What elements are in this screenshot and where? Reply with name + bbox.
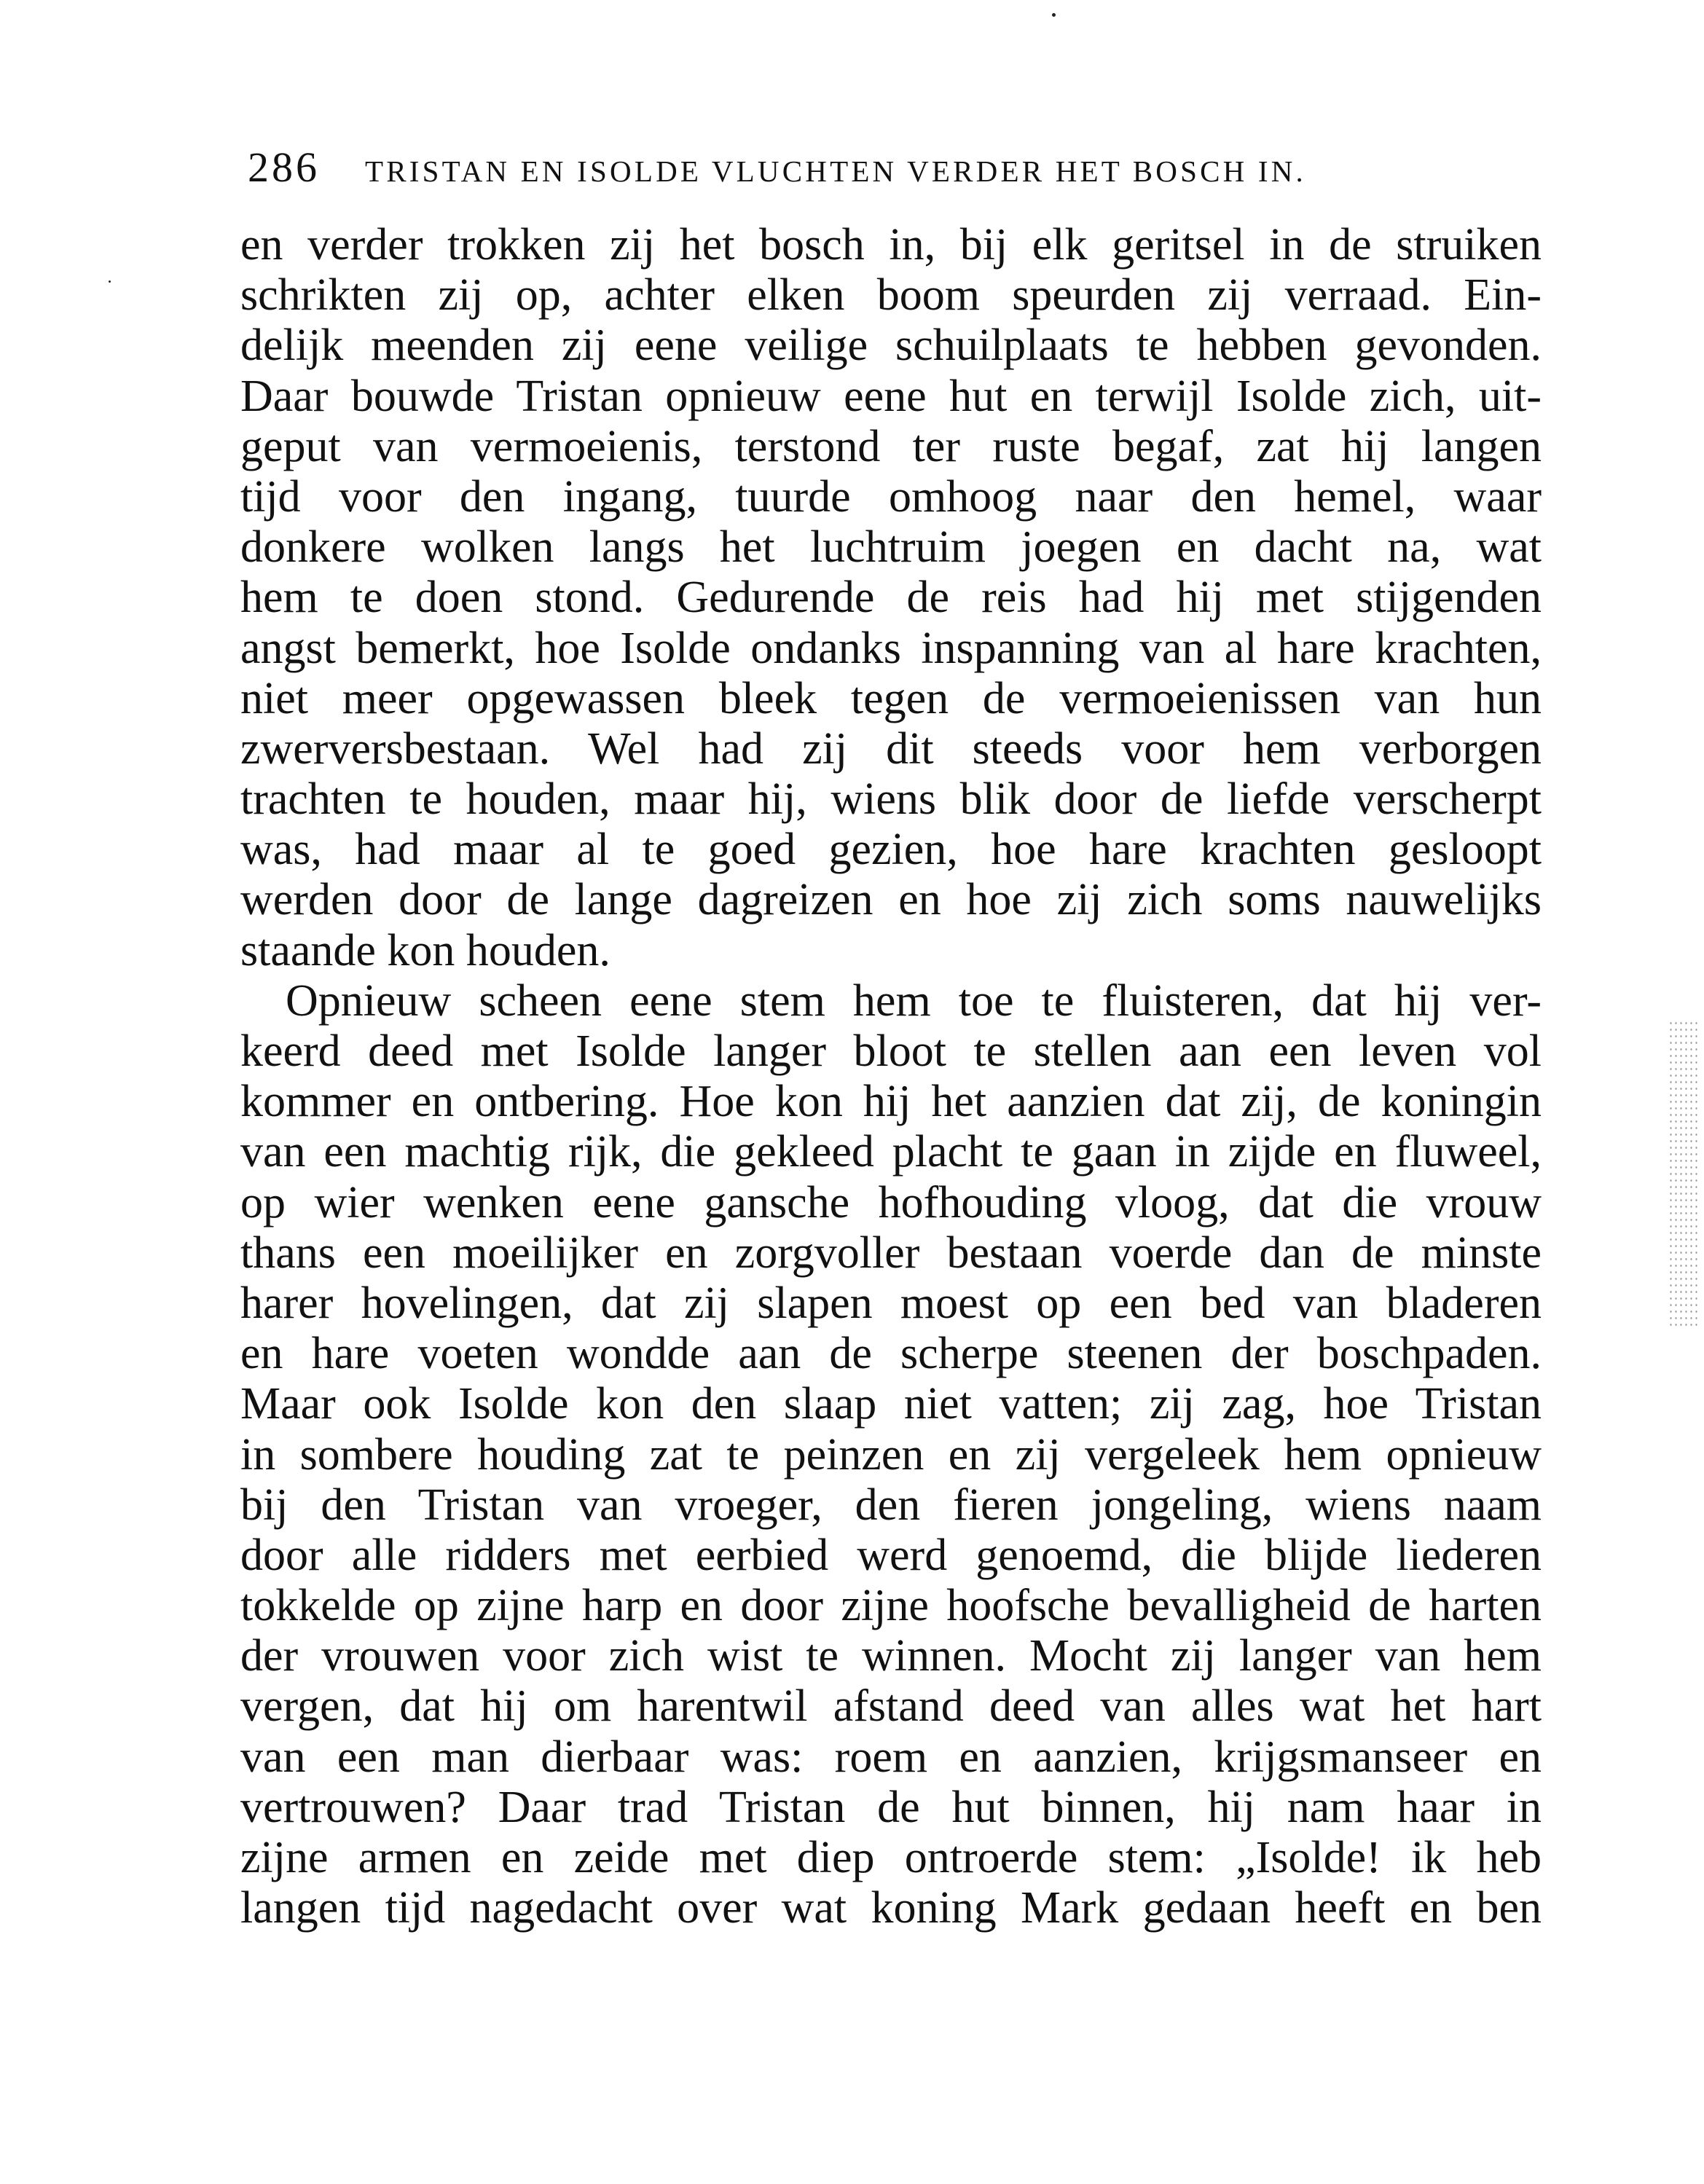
text-line: thans een moeilijker en zorgvoller besta… — [240, 1228, 1542, 1278]
text-line: van een machtig rijk, die gekleed placht… — [240, 1127, 1542, 1177]
text-line: vergen, dat hij om harentwil afstand dee… — [240, 1681, 1542, 1732]
body-text: en verder trokken zij het bosch in, bij … — [240, 220, 1542, 1933]
text-line: geput van vermoeienis, terstond ter rust… — [240, 422, 1542, 472]
chapter-running-title: TRISTAN EN ISOLDE VLUCHTEN VERDER HET BO… — [365, 154, 1306, 188]
text-line: hem te doen stond. Gedurende de reis had… — [240, 573, 1542, 623]
scan-speck — [1052, 13, 1056, 17]
text-line: langen tijd nagedacht over wat koning Ma… — [240, 1883, 1542, 1933]
book-page: 286TRISTAN EN ISOLDE VLUCHTEN VERDER HET… — [0, 0, 1704, 2184]
text-line: en hare voeten wondde aan de scherpe ste… — [240, 1329, 1542, 1379]
text-line: Daar bouwde Tristan opnieuw eene hut en … — [240, 372, 1542, 422]
text-line: keerd deed met Isolde langer bloot te st… — [240, 1026, 1542, 1077]
text-line: was, had maar al te goed gezien, hoe har… — [240, 825, 1542, 875]
text-line: der vrouwen voor zich wist te winnen. Mo… — [240, 1631, 1542, 1681]
text-line: zijne armen en zeide met diep ontroerde … — [240, 1833, 1542, 1883]
text-line: op wier wenken eene gansche hofhouding v… — [240, 1178, 1542, 1228]
text-line: door alle ridders met eerbied werd genoe… — [240, 1531, 1542, 1581]
text-line: niet meer opgewassen bleek tegen de verm… — [240, 674, 1542, 724]
page-number: 286 — [248, 144, 320, 191]
text-line: zwerversbestaan. Wel had zij dit steeds … — [240, 724, 1542, 774]
text-line: tokkelde op zijne harp en door zijne hoo… — [240, 1581, 1542, 1631]
text-line: harer hovelingen, dat zij slapen moest o… — [240, 1278, 1542, 1329]
text-line: van een man dierbaar was: roem en aanzie… — [240, 1732, 1542, 1783]
text-line: angst bemerkt, hoe Isolde ondanks inspan… — [240, 624, 1542, 674]
scan-edge-noise — [1668, 1020, 1697, 1326]
text-line: bij den Tristan van vroeger, den fieren … — [240, 1480, 1542, 1531]
text-line: Maar ook Isolde kon den slaap niet vatte… — [240, 1379, 1542, 1429]
text-line-paragraph-start: Opnieuw scheen eene stem hem toe te flui… — [240, 976, 1542, 1026]
text-line: tijd voor den ingang, tuurde omhoog naar… — [240, 472, 1542, 522]
text-line: donkere wolken langs het luchtruim joege… — [240, 522, 1542, 573]
scan-speck — [109, 280, 111, 283]
running-head: 286TRISTAN EN ISOLDE VLUCHTEN VERDER HET… — [248, 143, 1413, 186]
text-line: delijk meenden zij eene veilige schuilpl… — [240, 321, 1542, 371]
text-line: in sombere houding zat te peinzen en zij… — [240, 1430, 1542, 1480]
text-line: en verder trokken zij het bosch in, bij … — [240, 220, 1542, 270]
text-line-paragraph-end: staande kon houden. — [240, 926, 1542, 976]
text-line: werden door de lange dagreizen en hoe zi… — [240, 875, 1542, 925]
text-line: trachten te houden, maar hij, wiens blik… — [240, 774, 1542, 825]
text-line: kommer en ontbering. Hoe kon hij het aan… — [240, 1077, 1542, 1127]
text-line: schrikten zij op, achter elken boom speu… — [240, 270, 1542, 321]
text-line: vertrouwen? Daar trad Tristan de hut bin… — [240, 1783, 1542, 1833]
